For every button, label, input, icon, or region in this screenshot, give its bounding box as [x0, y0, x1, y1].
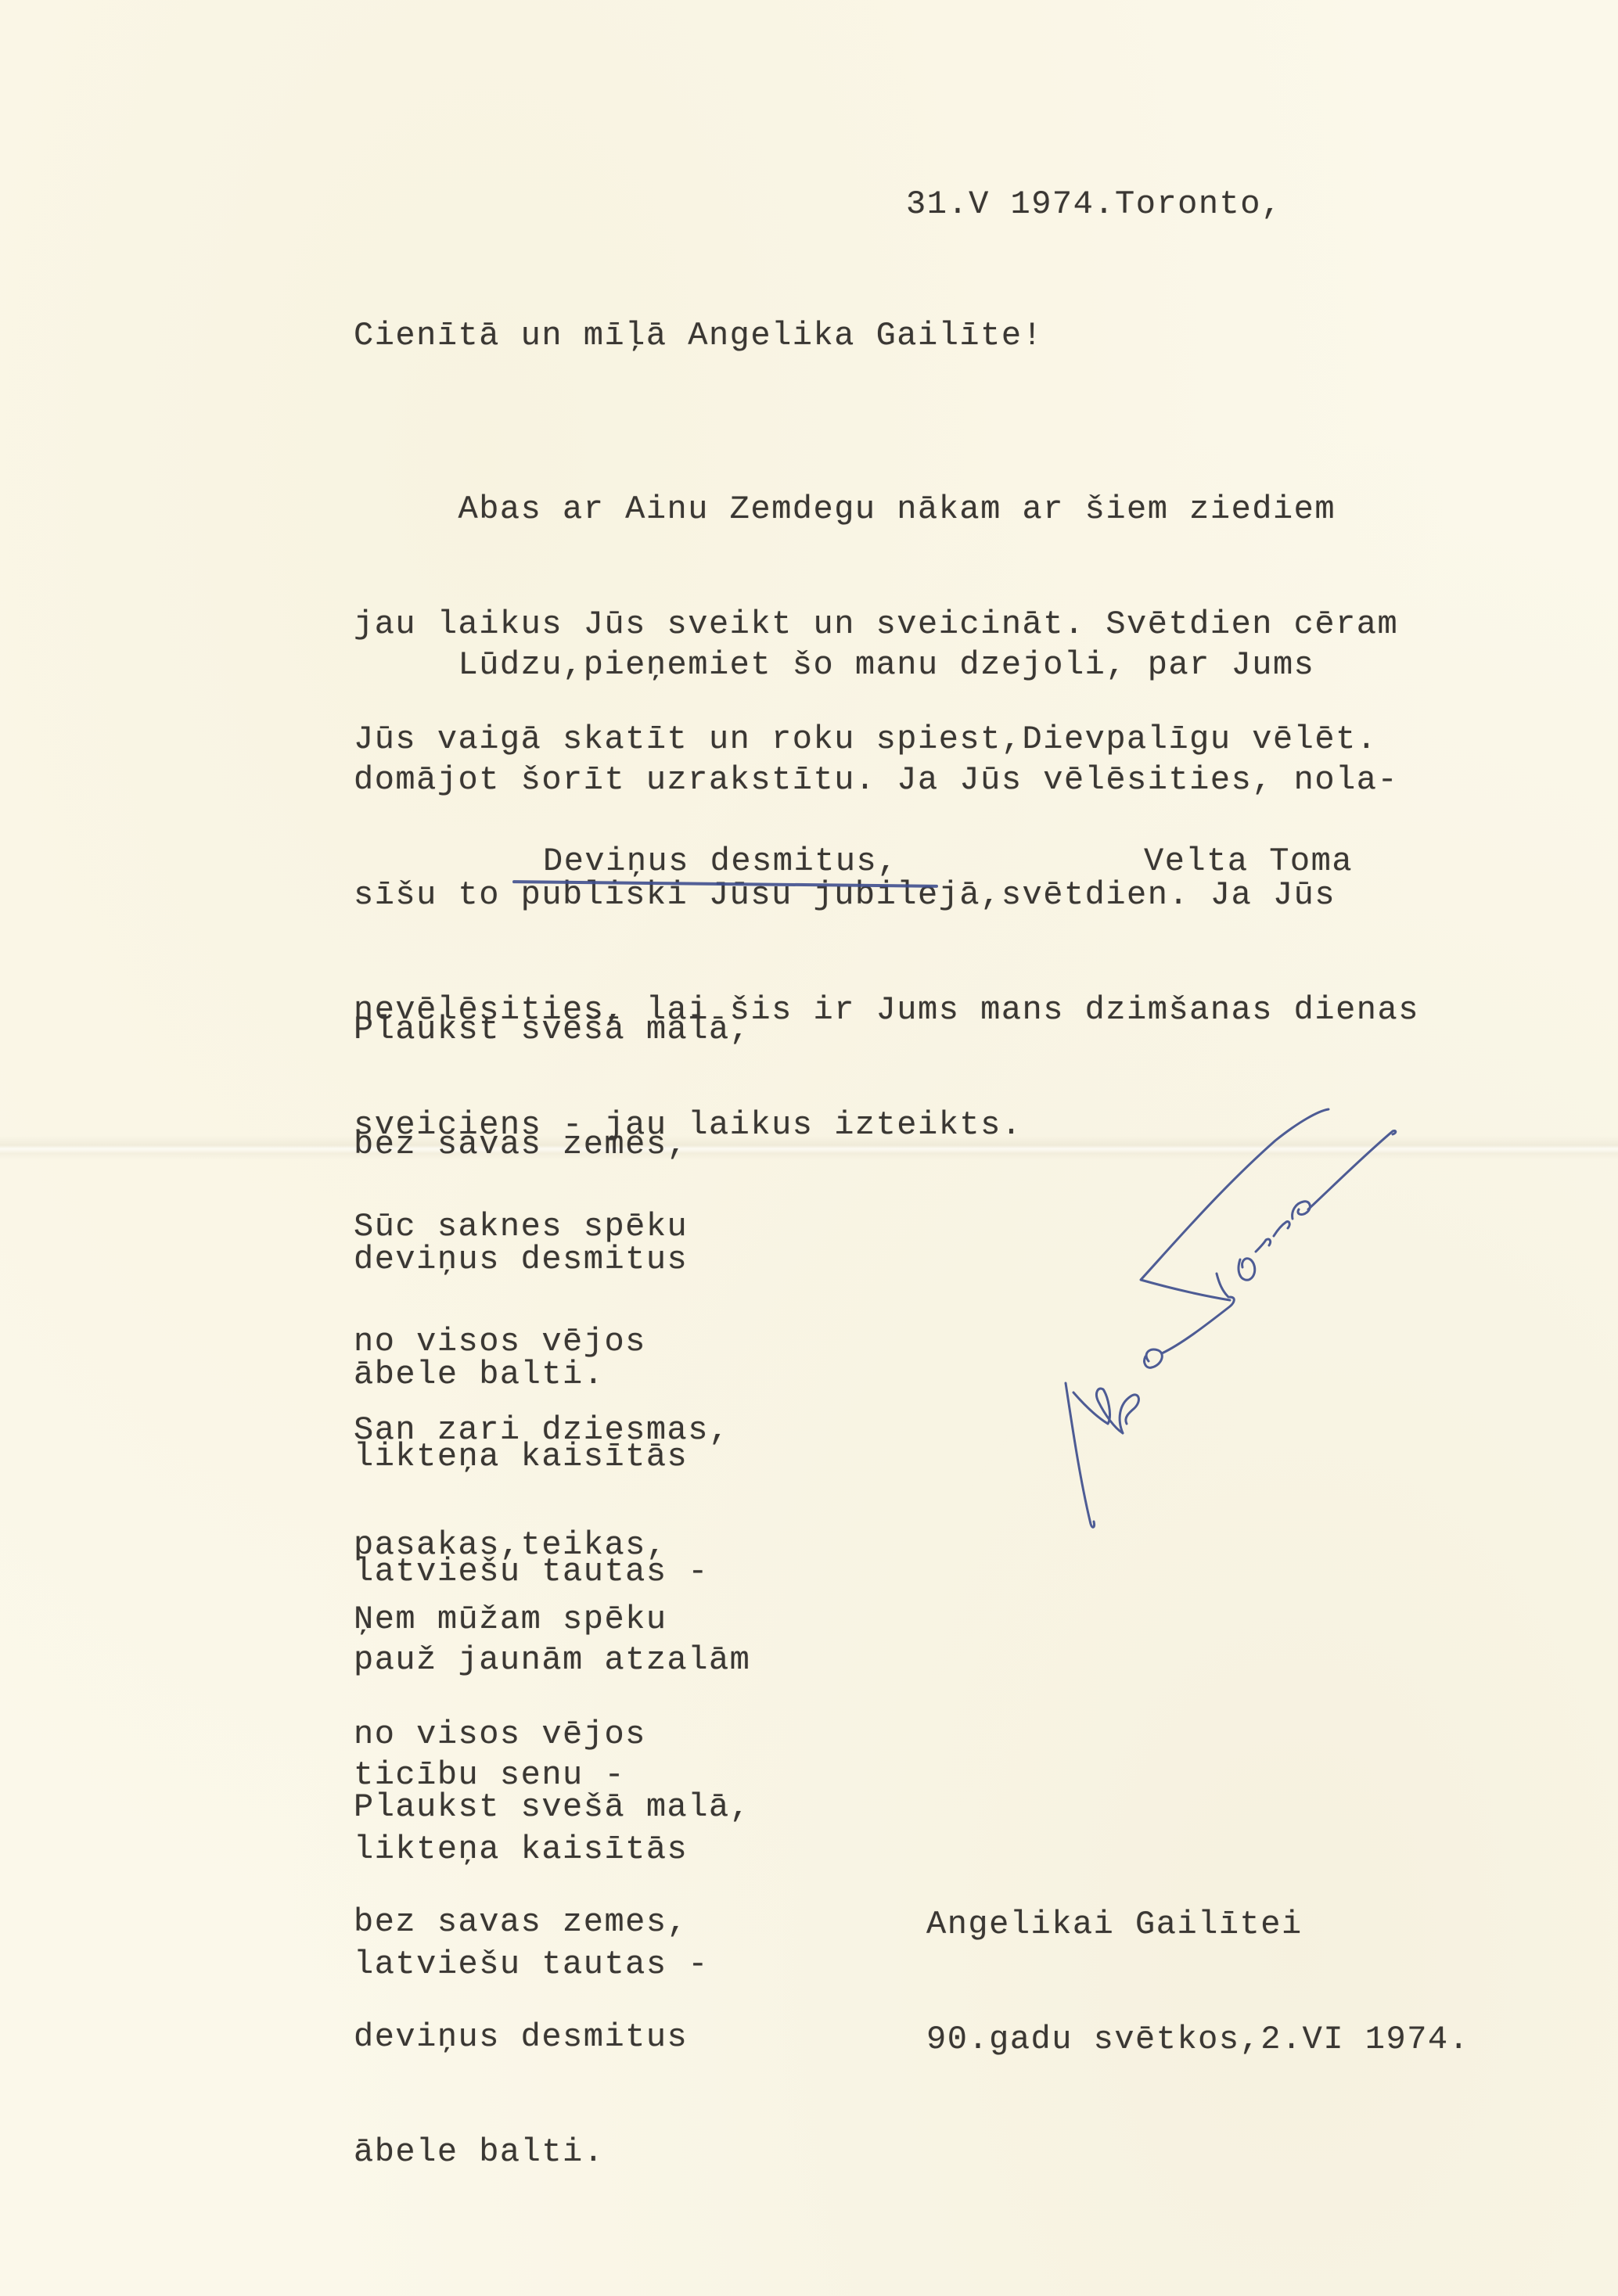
poem-author: Velta Toma [1144, 842, 1353, 881]
poem-line: bez savas zemes, [354, 1903, 750, 1942]
paragraph-line: domājot šorīt uzrakstītu. Ja Jūs vēlēsit… [354, 761, 1419, 799]
poem-line: ābele balti. [354, 2133, 750, 2172]
dedication-line-2: 90.gadu svētkos,2.VI 1974. [926, 2021, 1469, 2059]
poem-line: Plaukst svešā malā, [354, 1011, 750, 1049]
poem-line: Plaukst svešā malā, [354, 1788, 750, 1827]
date-place: 31.V 1974.Toronto, [906, 185, 1282, 224]
poem-line: Ņem mūžam spēku [354, 1601, 709, 1639]
salutation: Cienītā un mīļā Angelika Gailīte! [354, 316, 1043, 355]
paragraph-line: Abas ar Ainu Zemdegu nākam ar šiem ziedi… [354, 490, 1398, 529]
handwritten-signature [1017, 1095, 1408, 1721]
dedication-line-1: Angelikai Gailītei [926, 1906, 1469, 1944]
poem-line: deviņus desmitus [354, 2018, 750, 2057]
paragraph-line: Lūdzu,pieņemiet šo manu dzejoli, par Jum… [354, 646, 1419, 684]
poem-line: Sūc saknes spēku [354, 1208, 709, 1246]
poem-stanza-5: Plaukst svešā malā, bez savas zemes, dev… [354, 1712, 750, 2210]
poem-line: San zari dziesmas, [354, 1411, 750, 1450]
poem-dedication: Angelikai Gailītei 90.gadu svētkos,2.VI … [926, 1829, 1469, 2097]
poem-title: Deviņus desmitus, [543, 842, 898, 881]
